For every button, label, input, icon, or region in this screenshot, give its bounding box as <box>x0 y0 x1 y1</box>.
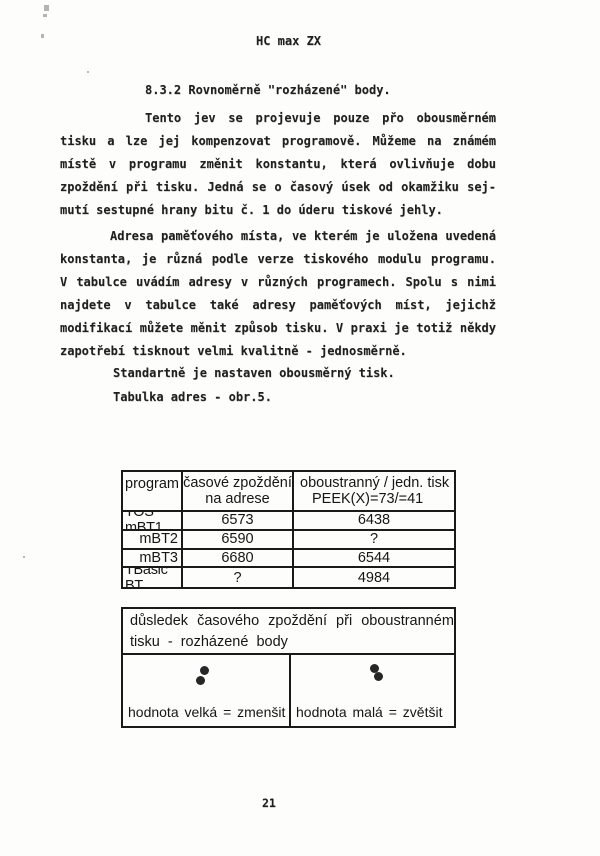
scanned-document-page: HC max ZX 8.3.2 Rovnoměrně "rozházené" b… <box>0 0 600 856</box>
effect-box-title-line: tisku - rozházené body <box>130 632 448 653</box>
address-table: program časové zpoždění na adrese oboust… <box>121 470 456 589</box>
running-header: HC max ZX <box>256 34 321 48</box>
paragraph-3: Standartně je nastaven obousměrný tisk. <box>113 362 395 385</box>
scan-noise-speck <box>43 14 47 17</box>
table-cell-delay: 6680 <box>183 550 294 569</box>
table-cell-delay: ? <box>183 568 294 587</box>
paragraph-line: najdete v tabulce také adresy paměťových… <box>60 294 496 317</box>
scan-noise-speck <box>41 34 44 38</box>
paragraph-2: Adresa paměťového místa, ve kterém je ul… <box>60 225 496 363</box>
table-cell-delay: 6590 <box>183 531 294 550</box>
table-header-label: časové zpoždění <box>183 475 292 491</box>
table-cell-peek: 4984 <box>294 568 454 587</box>
effect-box-cells: hodnota velká = zmenšit hodnota malá = z… <box>123 655 454 726</box>
scan-noise-speck <box>44 5 49 11</box>
effect-box-title: důsledek časového zpoždění při oboustran… <box>123 609 454 655</box>
table-cell-peek: 6438 <box>294 512 454 531</box>
table-header-delay: časové zpoždění na adrese <box>183 472 294 512</box>
scan-noise-speck <box>87 71 89 73</box>
paragraph-line: Tento jev se projevuje pouze přo obousmě… <box>60 107 496 130</box>
paragraph-line: zpoždění při tisku. Jedná se o časový ús… <box>60 176 496 199</box>
table-cell-delay: 6573 <box>183 512 294 531</box>
table-cell-program: mBT3 <box>123 550 183 569</box>
paragraph-4: Tabulka adres - obr.5. <box>113 386 272 409</box>
effect-box-right-caption: hodnota malá = zvětšit <box>296 704 442 720</box>
paragraph-line: zapotřebí tisknout velmi kvalitně - jedn… <box>60 340 496 363</box>
effect-box-left-caption: hodnota velká = zmenšit <box>128 704 285 720</box>
table-cell-program: mBT2 <box>123 531 183 550</box>
paragraph-line: V tabulce uvádím adresy v různých progra… <box>60 271 496 294</box>
scan-noise-speck <box>23 556 25 558</box>
section-heading: 8.3.2 Rovnoměrně "rozházené" body. <box>145 83 391 97</box>
paragraph-line: konstanta, je různá podle verze tiskovéh… <box>60 248 496 271</box>
paragraph-line: místě v programu změnit konstantu, která… <box>60 153 496 176</box>
table-header-label: program <box>125 476 179 492</box>
table-cell-program: TBasic BT <box>123 568 183 587</box>
table-header-mode: oboustranný / jedn. tisk PEEK(X)=73/=41 <box>294 472 454 512</box>
table-header-label: PEEK(X)=73/=41 <box>300 491 423 507</box>
paragraph-1: Tento jev se projevuje pouze přo obousmě… <box>60 107 496 222</box>
paragraph-line: mutí sestupné hrany bitu č. 1 do úderu t… <box>60 199 496 222</box>
table-header-label: oboustranný / jedn. tisk <box>300 475 449 491</box>
table-cell-peek: ? <box>294 531 454 550</box>
effect-box-title-line: důsledek časového zpoždění při oboustran… <box>130 611 448 632</box>
table-header-label: na adrese <box>205 491 270 507</box>
paragraph-line: modifikací můžete měnit způsob tisku. V … <box>60 317 496 340</box>
effect-box: důsledek časového zpoždění při oboustran… <box>121 607 456 728</box>
effect-box-left-cell: hodnota velká = zmenšit <box>123 655 291 726</box>
table-header-program: program <box>123 472 183 512</box>
paragraph-line: tisku a lze jej kompenzovat programově. … <box>60 130 496 153</box>
scattered-dots-icon <box>200 666 209 675</box>
effect-box-right-cell: hodnota malá = zvětšit <box>291 655 454 726</box>
paragraph-line: Adresa paměťového místa, ve kterém je ul… <box>60 225 496 248</box>
table-cell-peek: 6544 <box>294 550 454 569</box>
scattered-dots-icon <box>196 676 205 685</box>
scattered-dots-icon <box>374 672 383 681</box>
table-cell-program: TOS mBT1 <box>123 512 183 531</box>
page-number: 21 <box>262 796 276 810</box>
